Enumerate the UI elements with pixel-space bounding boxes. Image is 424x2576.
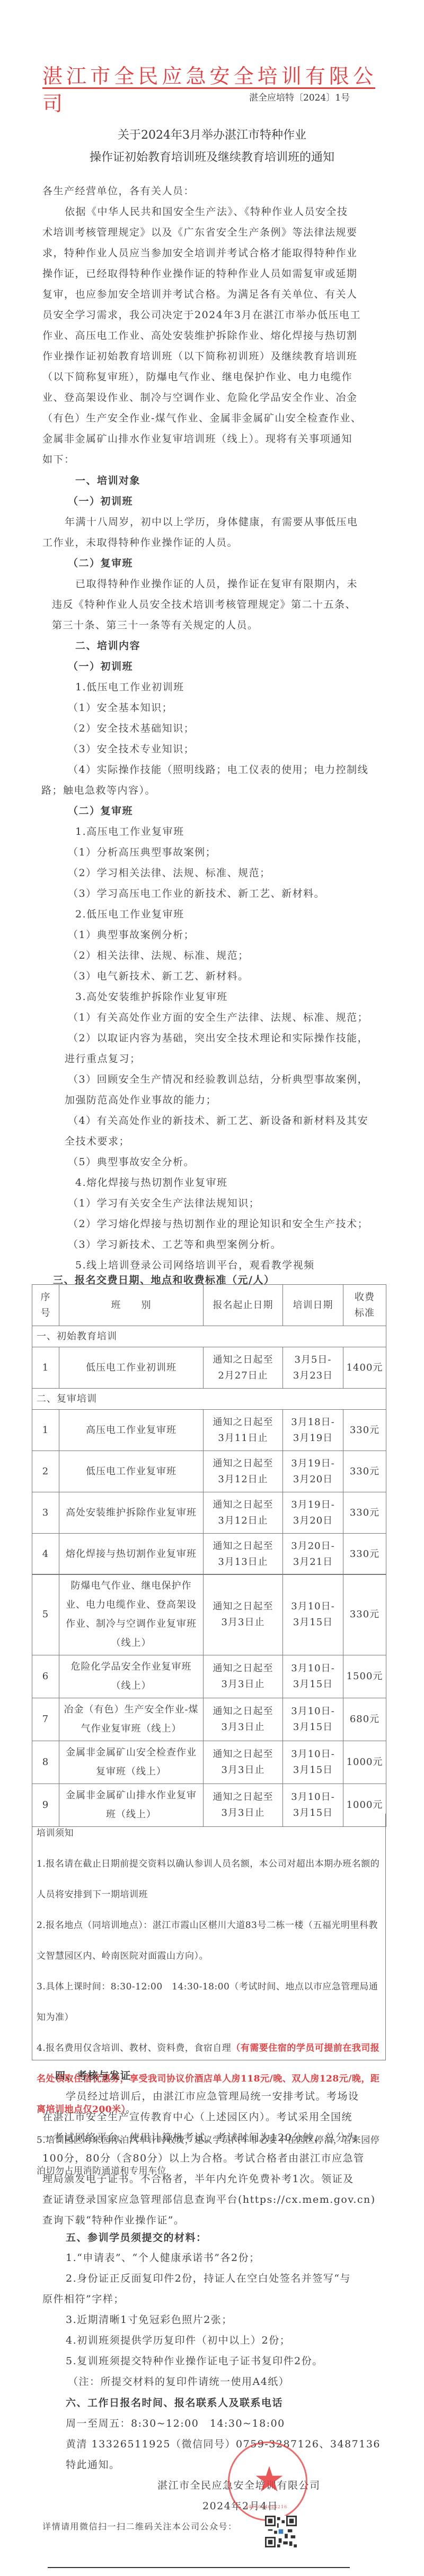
section4-line: 100分，80分（含80分）以上为合格。考试合格者由湛江市应急管 bbox=[42, 2150, 365, 2165]
cell-signup: 通知之日起至2月27日止 bbox=[204, 1347, 283, 1389]
cell-signup: 通知之日起至3月12日止 bbox=[204, 1451, 283, 1492]
course-item: 进行重点复习； bbox=[65, 1051, 141, 1065]
section4-line: 学员经过培训后，由湛江市应急管理局统一安排考试。考场设 bbox=[66, 2088, 359, 2103]
seal-number: 4408024044216 bbox=[245, 2505, 287, 2509]
training-notes: 培训须知 1.报名请在截止日期前提交资料以确认参训人员名额，本公司对超出本期办班… bbox=[32, 1814, 386, 2060]
cell-signup: 通知之日起至3月3日止 bbox=[204, 1741, 283, 1784]
col-header-fee: 收费标准 bbox=[343, 1285, 386, 1326]
intro-line: 操作证，已经取得特种作业操作证的特种作业人员如需复审或延期 bbox=[42, 266, 358, 280]
section1-sub1-line2: 工作业，未取得特种作业操作证的人员。 bbox=[42, 535, 238, 549]
notes-heading: 培训须知 bbox=[37, 1818, 382, 1849]
cell-training: 3月10日-3月15日 bbox=[283, 1655, 343, 1698]
section5-item: 4.初训班须提供学历复印件（初中以上）2份； bbox=[66, 2332, 290, 2347]
cell-class: 金属非金属矿山安全检查作业复审班（线上） bbox=[59, 1741, 204, 1784]
course-title: 3.高处安装维护拆除作业复审班 bbox=[75, 989, 228, 1003]
cell-no: 3 bbox=[32, 1492, 59, 1534]
cell-no: 1 bbox=[32, 1347, 59, 1389]
cell-training: 3月19日-3月20日 bbox=[283, 1492, 343, 1534]
cell-class: 冶金（有色）生产安全作业-煤气作业复审班（线上） bbox=[59, 1698, 204, 1741]
col-header-no: 序号 bbox=[32, 1285, 59, 1326]
course-item: （1）分析高压典型事故案例； bbox=[68, 844, 216, 859]
section5-item: 原件相符”字样； bbox=[42, 2291, 125, 2305]
section4-line: 查证请登录国家应急管理部信息查询平台(https://cx.mem.gov.cn… bbox=[42, 2192, 376, 2206]
course-item: （2）学习熔化焊接与热切割作业的理论知识和安全生产技术； bbox=[68, 1216, 368, 1230]
course-item: （2）安全技术基础知识； bbox=[68, 720, 195, 735]
course-title: 4.熔化焊接与热切割作业复审班 bbox=[75, 1175, 228, 1189]
section1-sub2-line3: 第三十条、第三十一条等有关规定的人员。 bbox=[52, 617, 259, 632]
qr-prompt: 详情请用微信扫一扫二维码关注本公司公众号： bbox=[42, 2520, 237, 2532]
document-title-line1: 关于2024年3月举办湛江市特种作业 bbox=[0, 125, 424, 146]
col-header-training: 培训日期 bbox=[283, 1285, 343, 1326]
intro-line: 依据《中华人民共和国安全生产法》、《特种作业人员安全技 bbox=[65, 204, 348, 218]
course-item: （2）相关法律、法规、标准、规范； bbox=[68, 948, 249, 962]
intro-line: （有色）生产安全作业-煤气作业、金属非金属矿山安全检查作业、 bbox=[42, 410, 361, 425]
cell-signup: 通知之日起至3月11日止 bbox=[204, 1410, 283, 1451]
cell-fee: 1500元 bbox=[343, 1655, 386, 1698]
cell-no: 6 bbox=[32, 1655, 59, 1698]
section6-heading: 六、工作日报名时间、报名联系人及联系电话 bbox=[66, 2395, 283, 2409]
section4-line: 理局颁发电子证书。不合格者，半年内允许免费补考1次。领证及 bbox=[42, 2171, 354, 2185]
fee-table-part2: 5防爆电气作业、继电保护作业、电力电缆作业、登高架设作业、制冷与空调作业复审班（… bbox=[32, 1574, 386, 1827]
note-1: 1.报名请在截止日期前提交资料以确认参训人员名额，本公司对超出本期办班名额的人员… bbox=[37, 1849, 382, 1910]
col-header-class: 班 别 bbox=[59, 1285, 204, 1326]
fee-table-header: 序号 班 别 报名起止日期 培训日期 收费标准 bbox=[32, 1285, 386, 1326]
course-title: 2.低压电工作业复审班 bbox=[75, 906, 184, 921]
course-item: 加强防范高处作业事故的能力； bbox=[65, 1092, 217, 1106]
intro-line: 求，特种作业人员应当参加安全培训并考试合格才能取得特种作业 bbox=[42, 245, 358, 259]
cell-no: 4 bbox=[32, 1534, 59, 1575]
office-hours: 周一至周五：8:30~12:00 14:30~18:00 bbox=[66, 2416, 285, 2430]
course-item: 全技术要求； bbox=[65, 1133, 130, 1148]
intro-line: 作业、高压电工作业、高处安装维护拆除作业、熔化焊接与热切割 bbox=[42, 328, 358, 342]
intro-line: 业、登高架设作业、制冷与空调作业、危险化学品安全作业、冶金 bbox=[42, 390, 358, 404]
table-row: 4熔化焊接与热切割作业复审班通知之日起至3月13日止3月20日-3月21日330… bbox=[32, 1534, 386, 1575]
cell-fee: 330元 bbox=[343, 1410, 386, 1451]
cell-class: 高处安装维护拆除作业复审班 bbox=[59, 1492, 204, 1534]
intro-line: 员安全学习需求，我公司决定于2024年3月在湛江市举办低压电工 bbox=[42, 307, 361, 321]
cell-training: 3月10日-3月15日 bbox=[283, 1698, 343, 1741]
section5-item: （注：所提交材料的复印件请统一使用A4纸） bbox=[68, 2374, 289, 2388]
cell-signup: 通知之日起至3月3日止 bbox=[204, 1655, 283, 1698]
notice-document: 湛江市全民应急安全培训有限公司 湛全应培特〔2024〕1号 关于2024年3月举… bbox=[0, 0, 424, 2576]
section1-sub2-line2: 违反《特种作业人员安全技术培训考核管理规定》第二十五条、 bbox=[52, 597, 356, 611]
cell-signup: 通知之日起至3月13日止 bbox=[204, 1534, 283, 1575]
course-item: （3）学习高压电工作业的新技术、新工艺、新材料。 bbox=[68, 886, 325, 900]
course-item: （1）学习有关安全生产法律法规知识； bbox=[68, 1195, 260, 1210]
table-row: 1高压电工作业复审班通知之日起至3月11日止3月18日-3月19日330元 bbox=[32, 1410, 386, 1451]
cell-class: 低压电工作业初训班 bbox=[59, 1347, 204, 1389]
cell-signup: 通知之日起至3月3日止 bbox=[204, 1698, 283, 1741]
table-group-review: 二、复审培训 bbox=[32, 1389, 386, 1410]
cell-no: 1 bbox=[32, 1410, 59, 1451]
salutation: 各生产经营单位，各有关人员： bbox=[42, 183, 195, 197]
closing-remark: 特此通知。 bbox=[66, 2457, 120, 2471]
cell-signup: 通知之日起至3月12日止 bbox=[204, 1492, 283, 1534]
contact-info: 黄清 13326511925（微信同号）0759-3287126、3487136 bbox=[66, 2436, 381, 2451]
course-item: （3）安全技术专业知识； bbox=[68, 741, 195, 755]
section1-sub1-heading: （一）初训班 bbox=[68, 493, 133, 508]
fee-table-part1: 序号 班 别 报名起止日期 培训日期 收费标准 一、初始教育培训 1低压电工作业… bbox=[32, 1284, 386, 1575]
intro-line: 金属非金属矿山排水作业复审培训班（线上）。现将有关事项通知 bbox=[42, 431, 352, 445]
table-row: 1低压电工作业初训班通知之日起至2月27日止3月5日-3月23日1400元 bbox=[32, 1347, 386, 1389]
cell-class: 熔化焊接与热切割作业复审班 bbox=[59, 1534, 204, 1575]
cell-training: 3月19日-3月20日 bbox=[283, 1451, 343, 1492]
table-row: 7冶金（有色）生产安全作业-煤气作业复审班（线上）通知之日起至3月3日止3月10… bbox=[32, 1698, 386, 1741]
section2-heading: 二、培训内容 bbox=[75, 638, 140, 652]
note-3: 3.具体上课时间：8:30-12:00 14:30-18:00（考试时间、地点以… bbox=[37, 1971, 382, 2033]
intro-line: 如下： bbox=[42, 452, 75, 466]
document-number: 湛全应培特〔2024〕1号 bbox=[249, 90, 350, 103]
intro-line: 复审，也应参加安全培训并考试合格。为满足各有关单位、有关人 bbox=[42, 286, 358, 301]
section2-sub1-heading: （一）初训班 bbox=[68, 659, 133, 673]
cell-no: 2 bbox=[32, 1451, 59, 1492]
section4-line: 查询下载“特种作业操作证”。 bbox=[42, 2212, 184, 2227]
cell-class: 低压电工作业复审班 bbox=[59, 1451, 204, 1492]
cell-class: 防爆电气作业、继电保护作业、电力电缆作业、登高架设作业、制冷与空调作业复审班（线… bbox=[59, 1574, 204, 1655]
table-row: 3高处安装维护拆除作业复审班通知之日起至3月12日止3月19日-3月20日330… bbox=[32, 1492, 386, 1534]
table-row: 6危险化学品安全作业复审班（线上）通知之日起至3月3日止3月10日-3月15日1… bbox=[32, 1655, 386, 1698]
course-item: （3）学习新技术、工艺等和典型案例分析。 bbox=[68, 1237, 281, 1251]
cell-no: 7 bbox=[32, 1698, 59, 1741]
course-item: （1）有关高处作业方面的安全生产法律、法规、标准、规范； bbox=[68, 1010, 368, 1024]
section1-sub1-line1: 年满十八周岁，初中以上学历，身体健康，有需要从事低压电 bbox=[65, 514, 358, 528]
seal-star-icon: ★ bbox=[251, 2461, 288, 2498]
document-title-line2: 操作证初始教育培训班及继续教育培训班的通知 bbox=[0, 147, 424, 168]
section1-sub2-heading: （二）复审班 bbox=[68, 555, 133, 570]
section5-item: 3.近期清晰1寸免冠彩色照片2张； bbox=[66, 2312, 233, 2326]
section4-heading: 四、考核与发证 bbox=[55, 2068, 131, 2082]
cell-fee: 1000元 bbox=[343, 1741, 386, 1784]
course-title: 1.低压电工作业初训班 bbox=[75, 679, 184, 693]
section5-item: 2.身份证正反面复印件2份，持证人在空白处签名并签写“与 bbox=[66, 2271, 351, 2285]
cell-fee: 680元 bbox=[343, 1698, 386, 1741]
cell-training: 3月10日-3月15日 bbox=[283, 1741, 343, 1784]
intro-line: 术培训考核管理规定》以及《广东省安全生产条例》等法律法规要 bbox=[42, 224, 358, 239]
cell-fee: 330元 bbox=[343, 1574, 386, 1655]
section5-item: 5.复训班须提交特种作业操作证电子证书复印件2份。 bbox=[66, 2353, 323, 2367]
col-header-signup: 报名起止日期 bbox=[204, 1285, 283, 1326]
course-item: （4）有关高处作业的新技术、新工艺、新设备和新材料及其安 bbox=[68, 1113, 368, 1127]
section2-sub2-heading: （二）复审班 bbox=[68, 803, 133, 817]
cell-class: 高压电工作业复审班 bbox=[59, 1410, 204, 1451]
cell-fee: 330元 bbox=[343, 1492, 386, 1534]
table-row: 8金属非金属矿山安全检查作业复审班（线上）通知之日起至3月3日止3月10日-3月… bbox=[32, 1741, 386, 1784]
cell-signup: 通知之日起至3月3日止 bbox=[204, 1574, 283, 1655]
section5-heading: 五、参训学员须提交的材料： bbox=[66, 2230, 207, 2244]
letterhead-red-rule bbox=[42, 87, 375, 89]
course-title: 5.线上培训登录公司网络培训平台，观看教学视频 bbox=[75, 1257, 315, 1272]
course-title: 1.高压电工作业复审班 bbox=[75, 824, 184, 838]
course-item: 路；触电急救等内容）。 bbox=[41, 782, 156, 797]
company-seal: ★ 4408024044216 bbox=[228, 2442, 307, 2521]
section4-line: 一考试网络平台，使用计算机考试，考试时间为120分钟，总分为 bbox=[42, 2130, 357, 2144]
table-row: 5防爆电气作业、继电保护作业、电力电缆作业、登高架设作业、制冷与空调作业复审班（… bbox=[32, 1574, 386, 1655]
table-row: 2低压电工作业复审班通知之日起至3月12日止3月19日-3月20日330元 bbox=[32, 1451, 386, 1492]
cell-class: 危险化学品安全作业复审班（线上） bbox=[59, 1655, 204, 1698]
course-item: （3）电气新技术、新工艺、新材料。 bbox=[68, 968, 249, 983]
intro-line: 作业操作证初始教育培训班（以下简称初训班）及继续教育培训班 bbox=[42, 348, 358, 363]
course-item: （5）典型事故安全分析。 bbox=[68, 1154, 195, 1168]
table-group-initial: 一、初始教育培训 bbox=[32, 1326, 386, 1347]
cell-fee: 1400元 bbox=[343, 1347, 386, 1389]
cell-fee: 330元 bbox=[343, 1451, 386, 1492]
footer-rule bbox=[48, 2567, 350, 2568]
cell-training: 3月18日-3月19日 bbox=[283, 1410, 343, 1451]
course-item: （2）以取证内容为基础，突出安全技术理论和实际操作技能， bbox=[68, 1030, 368, 1044]
cell-fee: 330元 bbox=[343, 1534, 386, 1575]
cell-training: 3月20日-3月21日 bbox=[283, 1534, 343, 1575]
section1-heading: 一、培训对象 bbox=[75, 473, 140, 487]
wechat-qr-code-icon[interactable] bbox=[265, 2516, 297, 2547]
course-item: （3）回顾安全生产情况和经验教训总结，分析典型事故案例， bbox=[68, 1071, 368, 1086]
intro-line: （以下简称复审班），防爆电气作业、继电保护作业、电力电缆作 bbox=[42, 369, 352, 383]
section5-item: 1.“申请表”、“个人健康承诺书”各2份； bbox=[66, 2250, 260, 2264]
course-item: （1）安全基本知识； bbox=[68, 700, 173, 714]
course-item: （4）实际操作技能（照明线路；电工仪表的使用；电力控制线 bbox=[68, 762, 368, 776]
cell-training: 3月5日-3月23日 bbox=[283, 1347, 343, 1389]
cell-no: 8 bbox=[32, 1741, 59, 1784]
section1-sub2-line1: 已取得特种作业操作证的人员，操作证在复审有限期内，未 bbox=[75, 576, 358, 590]
cell-no: 5 bbox=[32, 1574, 59, 1655]
course-item: （1）典型事故案例分析； bbox=[68, 927, 195, 941]
cell-training: 3月10日-3月15日 bbox=[283, 1574, 343, 1655]
note-2: 2.报名地点（同培训地点）：湛江市霞山区椹川大道83号二栋一楼（五福光明里科教文… bbox=[37, 1910, 382, 1971]
course-item: （2）学习相关法律、法规、标准、规范； bbox=[68, 865, 271, 879]
section4-line: 在湛江市安全生产宣传教育中心（上述园区内）。考试采用全国统 bbox=[42, 2109, 352, 2123]
